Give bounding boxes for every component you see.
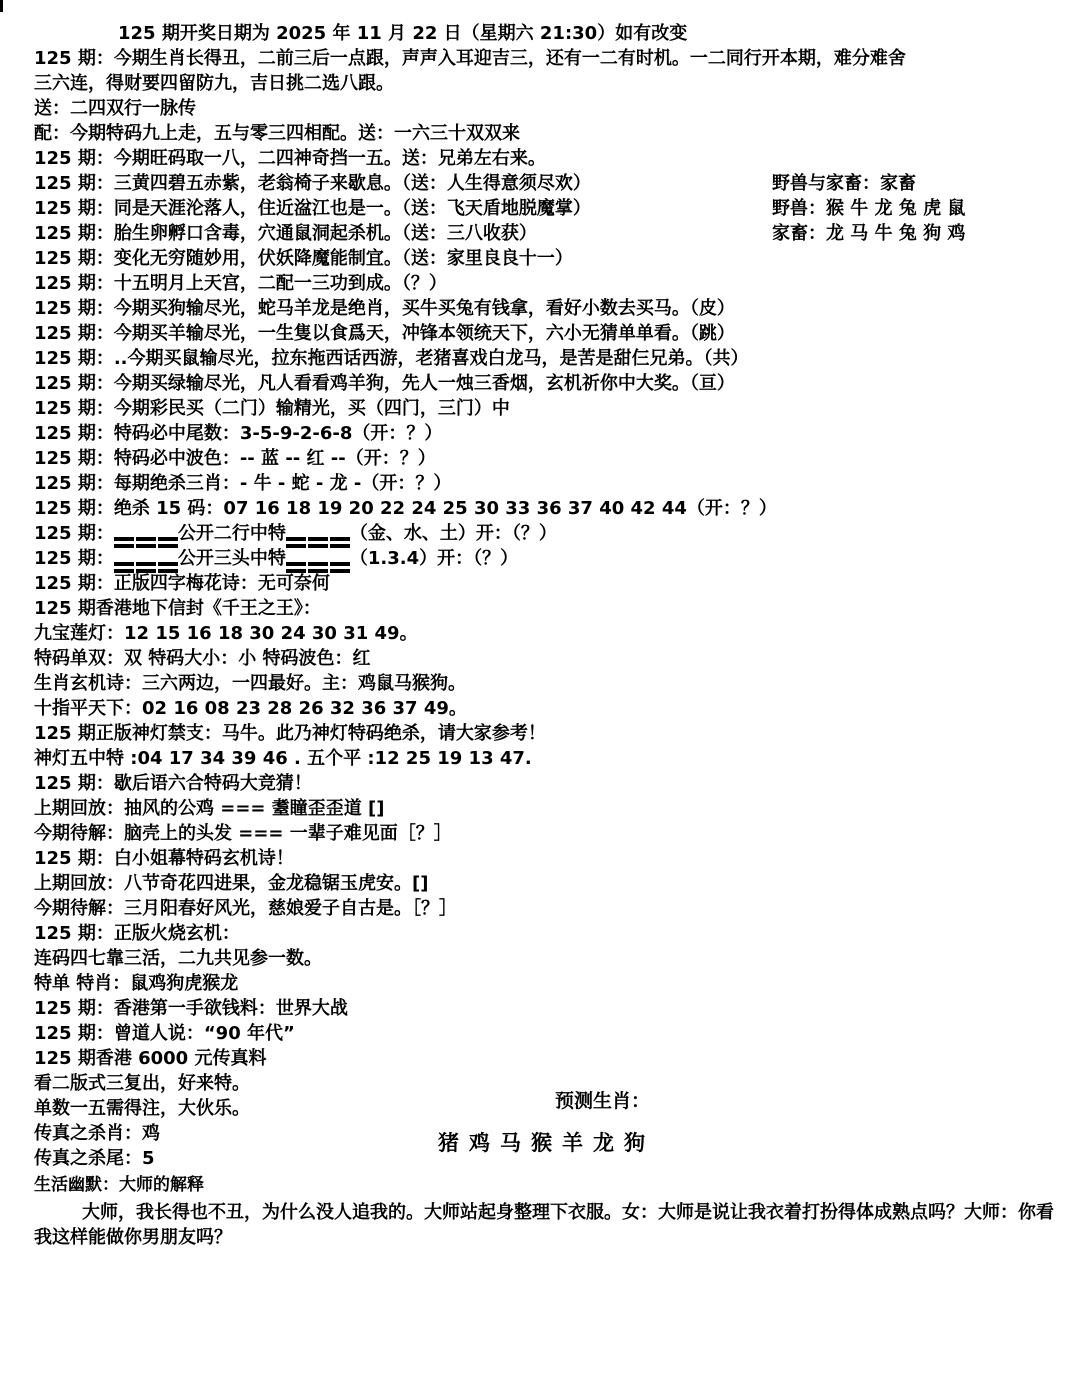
text-line: 三六连，得财要四留防九，吉日挑二选八跟。 [34,72,394,96]
text-line: 今期待解：脑壳上的头发 === 一辈子难见面［？］ [34,822,452,846]
text-line: 连码四七靠三活，二九共见参一数。 [34,947,322,971]
text-line: 上期回放：抽风的公鸡 === 耋瞳歪歪道 [] [34,797,385,821]
text-line: 125 期：正版四字梅花诗：无可奈何 [34,572,330,596]
text-line: 125 期：今期买绿输尽光，凡人看看鸡羊狗，先人一烛三香烟，玄机祈你中大奖。（亘… [34,372,735,396]
text-line: 125 期：同是天涯沦落人，住近湓江也是一。（送：飞天盾地脱魔掌） [34,197,591,221]
text-line: 送：二四双行一脉传 [34,97,196,121]
prediction-title: 预测生肖： [555,1086,650,1113]
text-line: 配：今期特码九上走，五与零三四相配。送：一六三十双双来 [34,122,520,146]
page-title: 125 期开奖日期为 2025 年 11 月 22 日（星期六 21:30）如有… [118,22,687,46]
text-line: 十指平天下：02 16 08 23 28 26 32 36 37 49。 [34,697,467,721]
text-line: 125 期：绝杀 15 码：07 16 18 19 20 22 24 25 30… [34,497,777,521]
text-line: 125 期：今期生肖长得丑，二前三后一点跟，声声入耳迎吉三，还有一二有时机。一二… [34,47,906,71]
bar-line-middle: 公开二行中特 [178,523,286,544]
edge-mark [0,0,3,12]
text-line: 125 期：每期绝杀三肖：- 牛 - 蛇 - 龙 -（开：？） [34,472,451,496]
text-line: 125 期：今期旺码取一八，二四神奇挡一五。送：兄弟左右来。 [34,147,546,171]
text-line: 125 期：..今期买鼠输尽光，拉东拖西话西游，老猪喜戏白龙马，是苦是甜仨兄弟。… [34,347,749,371]
bar-line-suffix: （金、水、土）开：（？） [350,523,557,544]
text-line: 125 期：歇后语六合特码大竞猜！ [34,772,312,796]
text-line: 上期回放：八节奇花四进果，金龙稳锯玉虎安。[] [34,872,428,896]
text-line: 125 期：十五明月上天宫，二配一三功到成。（？） [34,272,447,296]
text-line: 125 期正版神灯禁支：马牛。此乃神灯特码绝杀，请大家参考！ [34,722,546,746]
text-line: 125 期：正版火烧玄机： [34,922,240,946]
wild-animals: 野兽：猴 牛 龙 兔 虎 鼠 [772,197,965,221]
text-line: 传真之杀肖：鸡 [34,1122,160,1146]
section-heading: 生活幽默：大师的解释 [34,1173,204,1197]
text-line: 125 期香港 6000 元传真料 [34,1047,266,1071]
text-line: 125 期：今期彩民买（二门）输精光，买（四门，三门）中 [34,397,510,421]
bar-line: 125 期：公开三头中特（1.3.4）开：（？） [34,547,518,573]
joke-paragraph: 大师，我长得也不丑，为什么没人追我的。大师站起身整理下衣服。女：大师是说让我衣着… [34,1200,1068,1250]
bar-line: 125 期：公开二行中特（金、水、土）开：（？） [34,522,557,548]
text-line: 125 期香港地下信封《千王之王》： [34,597,321,621]
text-line: 125 期：变化无穷随妙用，伏妖降魔能制宜。（送：家里良良十一） [34,247,573,271]
text-line: 125 期：今期买狗输尽光，蛇马羊龙是绝肖，买牛买兔有钱拿，看好小数去买马。（皮… [34,297,735,321]
text-line: 看二版式三复出，好来特。 [34,1072,250,1096]
text-line: 125 期：胎生卵孵口含毒，穴通鼠洞起杀机。（送：三八收获） [34,222,537,246]
text-line: 125 期：香港第一手欲钱料：世界大战 [34,997,348,1021]
text-line: 生肖玄机诗：三六两边，一四最好。主：鸡鼠马猴狗。 [34,672,466,696]
bar-line-prefix: 125 期： [34,548,114,569]
prediction-zodiacs: 猪鸡马猴羊龙狗 [438,1127,655,1157]
text-line: 125 期：今期买羊输尽光，一生隻以食爲天，冲锋本领统天下，六小无猜单单看。（跳… [34,322,735,346]
text-line: 125 期：特码必中波色：-- 蓝 -- 红 --（开：？） [34,447,436,471]
text-line: 传真之杀尾：5 [34,1147,155,1171]
bar-line-middle: 公开三头中特 [178,548,286,569]
bar-line-suffix: （1.3.4）开：（？） [350,548,518,569]
text-line: 特单 特肖：鼠鸡狗虎猴龙 [34,972,238,996]
domestic-animals: 家畜：龙 马 牛 兔 狗 鸡 [772,222,965,246]
text-line: 九宝莲灯：12 15 16 18 30 24 30 31 49。 [34,622,418,646]
text-line: 125 期：三黄四碧五赤紫，老翁椅子来歇息。（送：人生得意须尽欢） [34,172,591,196]
wild-vs-domestic: 野兽与家畜：家畜 [772,172,916,196]
text-line: 特码单双：双 特码大小：小 特码波色：红 [34,647,371,671]
text-line: 今期待解：三月阳春好风光，慈娘爱子自古是。［？］ [34,897,457,921]
text-line: 神灯五中特 :04 17 34 39 46 . 五个平 :12 25 19 13… [34,747,532,771]
text-line: 125 期：曾道人说：“90 年代” [34,1022,295,1046]
text-line: 125 期：白小姐幕特码玄机诗！ [34,847,294,871]
bar-line-prefix: 125 期： [34,523,114,544]
text-line: 125 期：特码必中尾数：3-5-9-2-6-8（开：？） [34,422,442,446]
text-line: 单数一五需得注，大伙乐。 [34,1097,250,1121]
